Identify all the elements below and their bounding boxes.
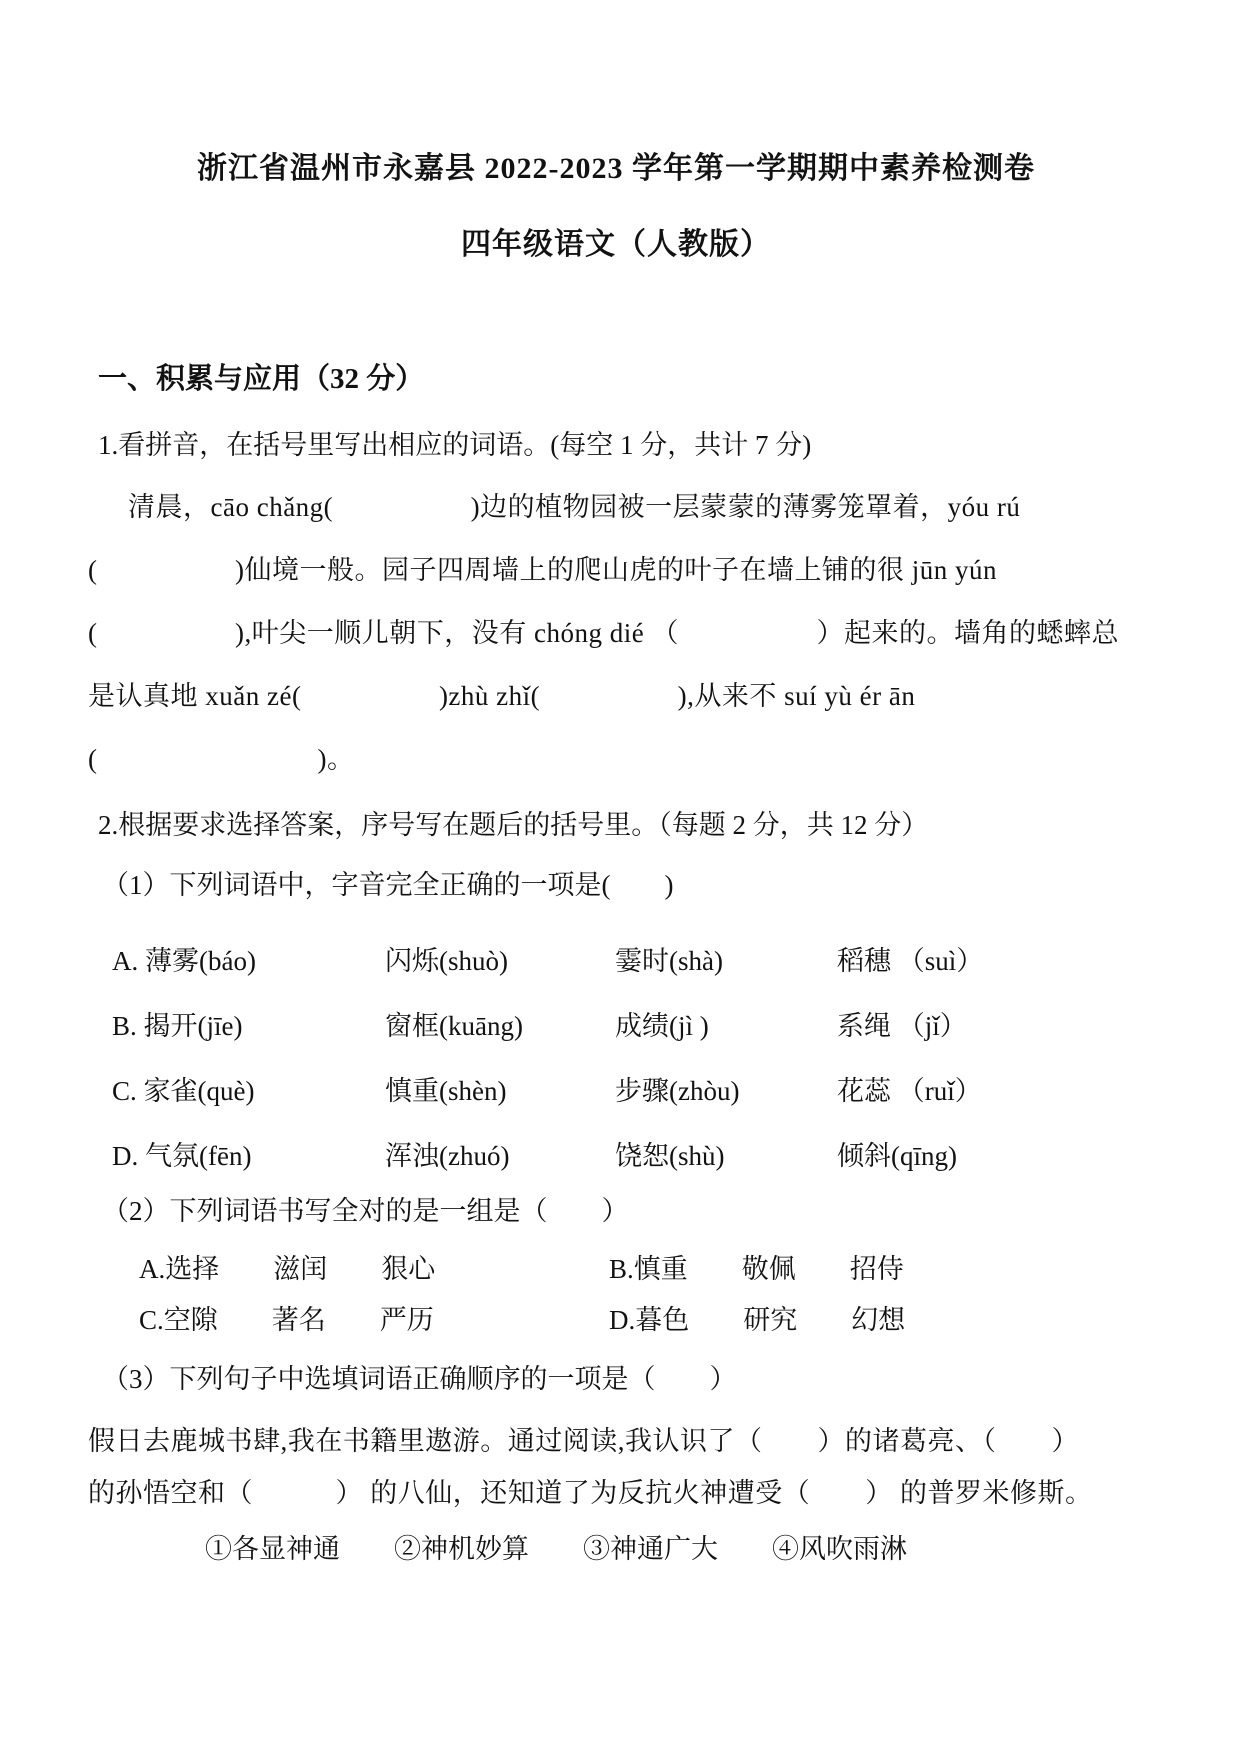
question1-text-line: 清晨，cāo chǎng( )边的植物园被一层蒙蒙的薄雾笼罩着，yóu rú: [88, 488, 1144, 526]
option-cell: 饶恕(shù): [615, 1137, 837, 1175]
option-cell: A.选择 滋闰 狠心: [139, 1250, 609, 1288]
paper-title-line2: 四年级语文（人教版）: [88, 226, 1144, 264]
option-row-b: B. 揭开(jīe) 窗框(kuāng) 成绩(jì ) 系绳 （jǐ）: [112, 1007, 1144, 1045]
question2-3-choices: ①各显神通 ②神机妙算 ③神通广大 ④风吹雨淋: [205, 1530, 1144, 1568]
option-row-cd: C.空隙 著名 严历 D.暮色 研究 幻想: [139, 1301, 1144, 1339]
paper-title-line1: 浙江省温州市永嘉县 2022-2023 学年第一学期期中素养检测卷: [88, 0, 1144, 188]
option-cell: 慎重(shèn): [385, 1072, 615, 1110]
option-cell: B.慎重 敬佩 招侍: [609, 1250, 1144, 1288]
option-cell: A. 薄雾(báo): [112, 942, 385, 980]
question2-3-text-line: 的孙悟空和（ ） 的八仙，还知道了为反抗火神遭受（ ） 的普罗米修斯。: [88, 1474, 1144, 1512]
question2-stem: 2.根据要求选择答案，序号写在题后的括号里。（每题 2 分，共 12 分）: [98, 806, 1144, 844]
option-row-ab: A.选择 滋闰 狠心 B.慎重 敬佩 招侍: [139, 1250, 1144, 1288]
option-cell: D. 气氛(fēn): [112, 1137, 385, 1175]
question1-text-line: ( )仙境一般。园子四周墙上的爬山虎的叶子在墙上铺的很 jūn yún: [88, 551, 1144, 589]
question1-text-line: ( ),叶尖一顺儿朝下，没有 chóng dié （ ）起来的。墙角的蟋蟀总: [88, 614, 1144, 652]
question2-2-stem: （2）下列词语书写全对的是一组是（ ）: [102, 1192, 1144, 1230]
option-cell: 花蕊 （ruǐ）: [837, 1072, 1144, 1110]
question1-text-line: 是认真地 xuǎn zé( )zhù zhǐ( ),从来不 suí yù ér …: [88, 677, 1144, 715]
question1-stem: 1.看拼音，在括号里写出相应的词语。(每空 1 分，共计 7 分): [98, 426, 1144, 464]
option-cell: 窗框(kuāng): [385, 1007, 615, 1045]
question2-3-stem: （3）下列句子中选填词语正确顺序的一项是（ ）: [102, 1360, 1144, 1398]
option-cell: 步骤(zhòu): [615, 1072, 837, 1110]
option-cell: D.暮色 研究 幻想: [609, 1301, 1144, 1339]
option-cell: B. 揭开(jīe): [112, 1007, 385, 1045]
question2-3-text-line: 假日去鹿城书肆,我在书籍里遨游。通过阅读,我认识了（ ）的诸葛亮、（ ）: [88, 1422, 1144, 1460]
section1-heading: 一、积累与应用（32 分）: [98, 360, 1144, 398]
question1-text-line: ( )。: [88, 740, 1144, 778]
option-cell: 倾斜(qīng): [837, 1137, 1144, 1175]
option-cell: 系绳 （jǐ）: [837, 1007, 1144, 1045]
option-cell: C.空隙 著名 严历: [139, 1301, 609, 1339]
option-cell: 霎时(shà): [615, 942, 837, 980]
option-row-a: A. 薄雾(báo) 闪烁(shuò) 霎时(shà) 稻穗 （suì）: [112, 942, 1144, 980]
option-cell: C. 家雀(què): [112, 1072, 385, 1110]
option-cell: 浑浊(zhuó): [385, 1137, 615, 1175]
option-cell: 成绩(jì ): [615, 1007, 837, 1045]
exam-paper-page: 浙江省温州市永嘉县 2022-2023 学年第一学期期中素养检测卷 四年级语文（…: [0, 0, 1240, 1753]
option-row-c: C. 家雀(què) 慎重(shèn) 步骤(zhòu) 花蕊 （ruǐ）: [112, 1072, 1144, 1110]
option-cell: 稻穗 （suì）: [837, 942, 1144, 980]
option-cell: 闪烁(shuò): [385, 942, 615, 980]
question2-1-stem: （1）下列词语中，字音完全正确的一项是( ): [102, 866, 1144, 904]
option-row-d: D. 气氛(fēn) 浑浊(zhuó) 饶恕(shù) 倾斜(qīng): [112, 1137, 1144, 1175]
